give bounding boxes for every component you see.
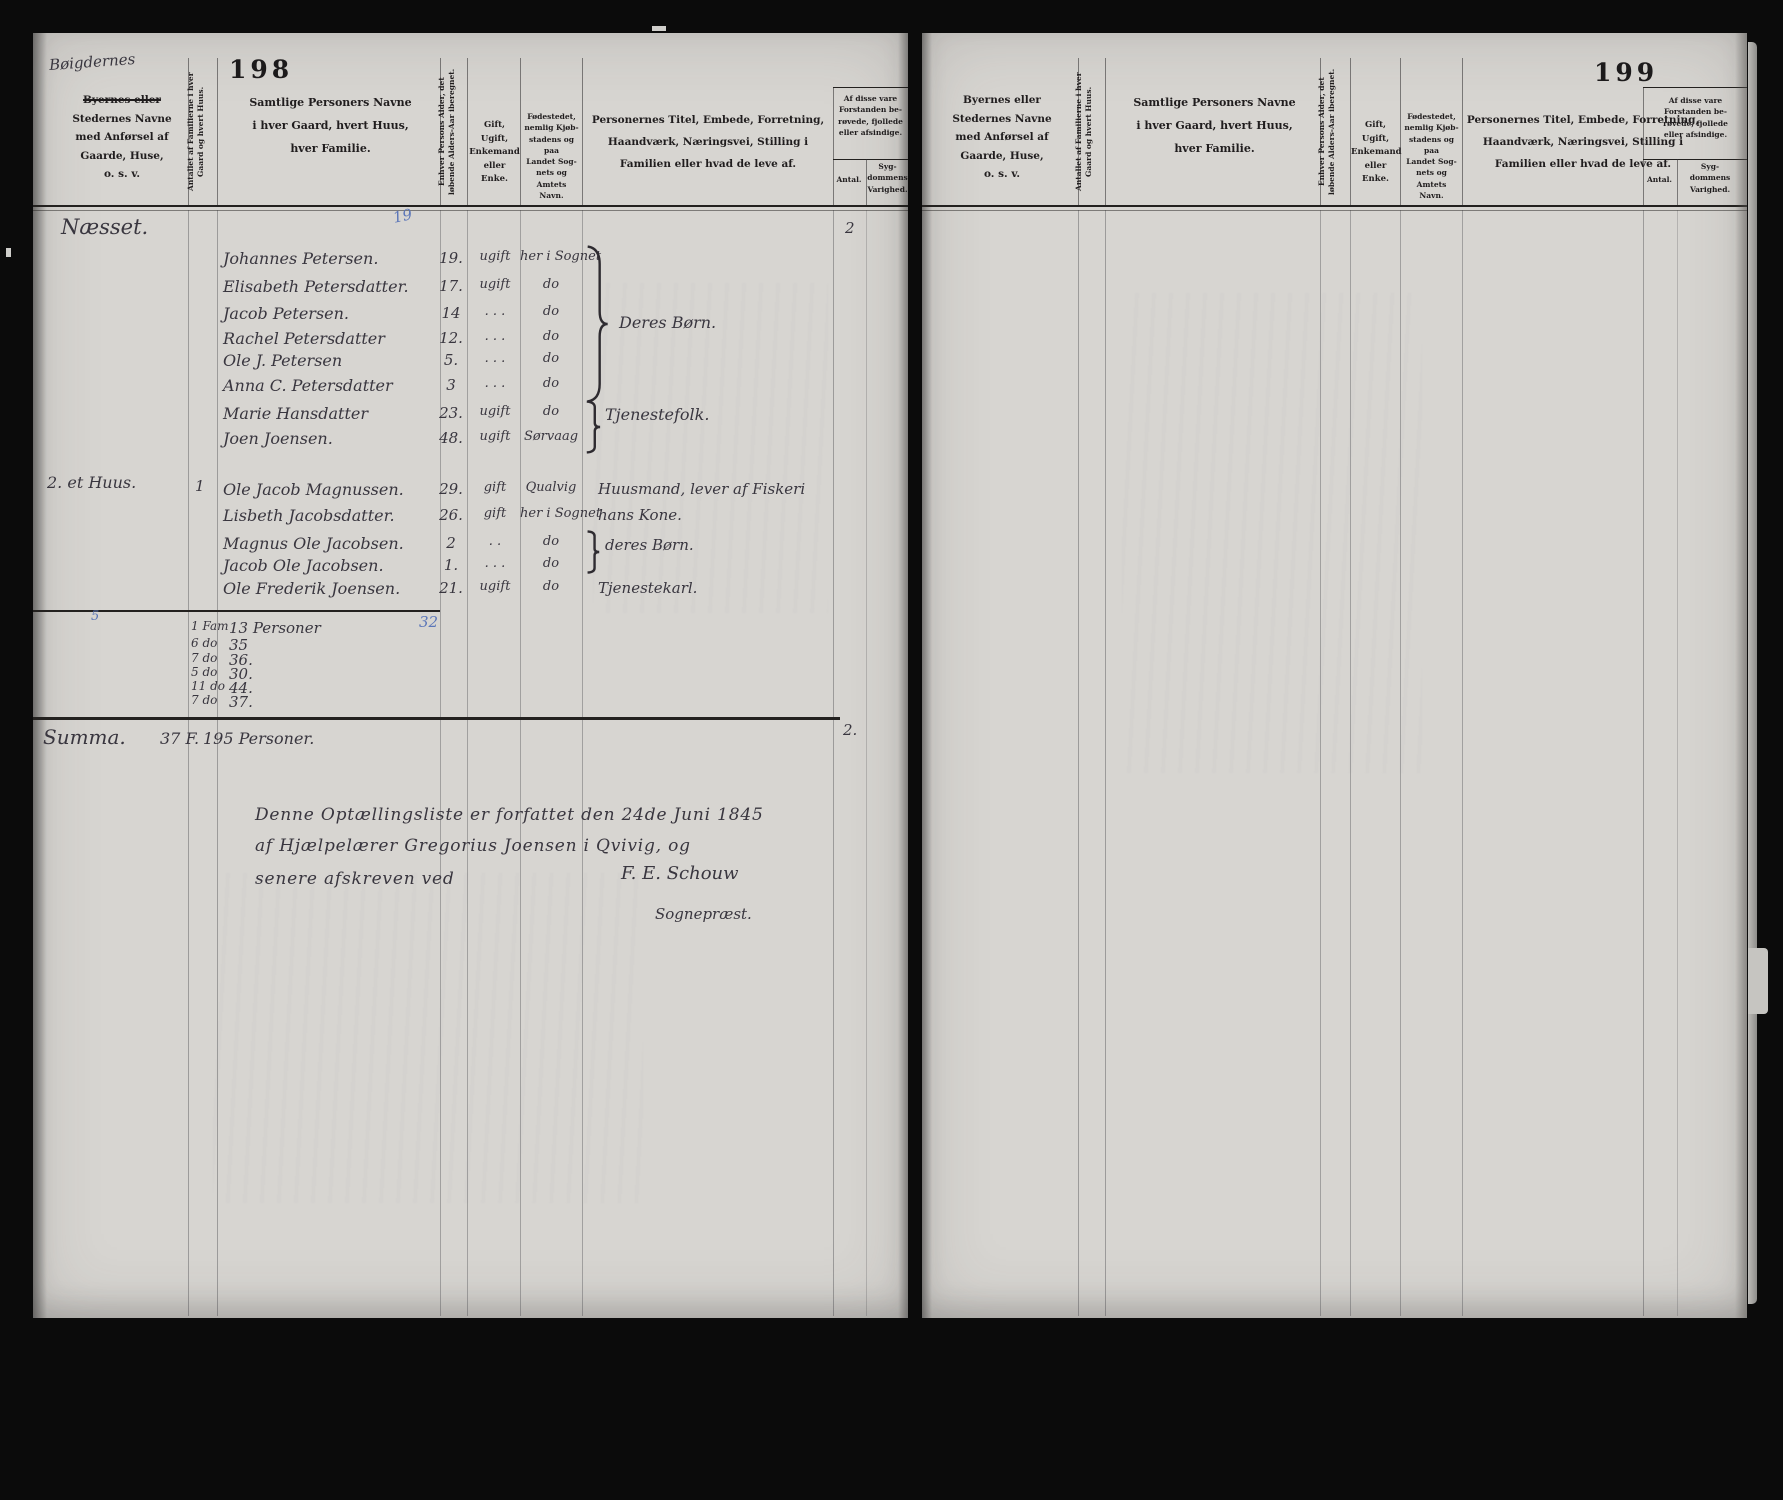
- column-header-birthplace: Fødestedet, nemlig Kjøb- stadens og paa …: [1401, 111, 1462, 201]
- person-name: Ole Frederik Joensen.: [223, 579, 400, 598]
- header-underline: [33, 205, 908, 207]
- brace-children2-group: [586, 531, 600, 573]
- person-birthplace: do: [520, 277, 582, 292]
- header-rule: [467, 58, 468, 205]
- certification-line2: af Hjælpelærer Gregorius Joensen i Qvivi…: [255, 836, 691, 856]
- header-rule: [1643, 87, 1644, 205]
- person-name: Joen Joensen.: [223, 429, 333, 448]
- person-status: . . .: [470, 351, 520, 366]
- census-row: Anna C. Petersdatter 3 . . . do: [33, 376, 908, 402]
- column-header-occupation: Personernes Titel, Embede, Forretning, H…: [585, 109, 831, 175]
- column-rule: [1350, 210, 1351, 1316]
- person-name: Elisabeth Petersdatter.: [223, 277, 409, 296]
- certification-line3: senere afskreven ved: [255, 869, 455, 889]
- person-age: 5.: [436, 351, 466, 369]
- column-header-place: Byernes eller Stedernes Navne med Anførs…: [936, 73, 1068, 202]
- census-row: Lisbeth Jacobsdatter. 26. gift her i Sog…: [33, 506, 908, 532]
- place-name-naesset: Næsset.: [61, 215, 148, 239]
- person-name: Jacob Petersen.: [223, 304, 349, 323]
- person-name: Ole Jacob Magnussen.: [223, 480, 404, 499]
- scanned-census-spread: { "colors": { "paper": "#d7d5d1", "ink":…: [0, 0, 1783, 1500]
- person-age: 26.: [436, 506, 466, 524]
- census-row: Ole J. Petersen 5. . . . do: [33, 351, 908, 377]
- place-header-struck-line: Byernes eller: [83, 94, 161, 106]
- census-row: Jacob Petersen. 14 . . . do: [33, 304, 908, 330]
- column-rule: [1677, 210, 1678, 1316]
- summary-families: 7 do: [191, 693, 217, 707]
- person-birthplace: do: [520, 304, 582, 319]
- header-rule: [833, 159, 908, 160]
- scan-speck: [652, 26, 666, 31]
- person-status: ugift: [470, 277, 520, 292]
- summary-families: 7 do: [191, 651, 217, 665]
- column-header-place: Byernes eller Stedernes Navne med Anførs…: [57, 73, 187, 202]
- person-age: 17.: [436, 277, 466, 295]
- header-rule: [1677, 159, 1678, 205]
- census-row: Ole Jacob Magnussen. 29. gift Qualvig Hu…: [33, 480, 908, 506]
- person-occupation: Huusmand, lever af Fiskeri: [598, 480, 805, 498]
- column-header-insanity: Af disse vare Forstanden be- røvede, fjo…: [1648, 95, 1743, 140]
- scan-speck: [6, 248, 11, 257]
- column-header-duration: Syg- dommens Varighed.: [1679, 161, 1741, 195]
- column-rule: [1320, 210, 1321, 1316]
- place-header-rest: Stedernes Navne med Anførsel af Gaarde, …: [57, 110, 187, 184]
- person-birthplace: Sørvaag: [520, 429, 582, 444]
- header-rule: [833, 87, 908, 88]
- person-age: 3: [436, 376, 466, 394]
- certification-signature-title: Sognepræst.: [655, 905, 752, 923]
- column-rule: [1105, 210, 1106, 1316]
- person-birthplace: her i Sognet: [520, 249, 582, 264]
- person-status: . . .: [470, 304, 520, 319]
- right-page: Byernes eller Stedernes Navne med Anførs…: [922, 33, 1747, 1318]
- column-rule: [1078, 210, 1079, 1316]
- header-underline-thin: [33, 210, 908, 211]
- column-header-birthplace: Fødestedet, nemlig Kjøb- stadens og paa …: [521, 111, 582, 201]
- person-birthplace: do: [520, 579, 582, 594]
- summary-families: 6 do: [191, 636, 217, 650]
- brace-children-group: [585, 245, 609, 403]
- census-row: Marie Hansdatter 23. ugift do: [33, 404, 908, 430]
- column-header-names: Samtlige Personers Navne i hver Gaard, h…: [223, 91, 438, 160]
- person-status: ugift: [470, 579, 520, 594]
- brace-servants-group: [585, 401, 601, 453]
- page-number-left: 198: [229, 55, 293, 84]
- summary-persons: 37.: [229, 693, 253, 711]
- person-birthplace: her i Sognet: [520, 506, 582, 521]
- header-rule: [1462, 58, 1463, 205]
- person-status: . . .: [470, 329, 520, 344]
- header-underline-thin: [922, 210, 1747, 211]
- header-underline: [922, 205, 1747, 207]
- person-status: . .: [470, 534, 520, 549]
- person-age: 2: [436, 534, 466, 552]
- column-header-duration: Syg- dommens Varighed.: [867, 161, 908, 195]
- column-rule: [1400, 210, 1401, 1316]
- person-name: Magnus Ole Jacobsen.: [223, 534, 404, 553]
- column-rule: [1643, 210, 1644, 1316]
- person-age: 23.: [436, 404, 466, 422]
- group-label-children2: deres Børn.: [605, 536, 694, 554]
- person-status: ugift: [470, 429, 520, 444]
- census-row: Ole Frederik Joensen. 21. ugift do Tjene…: [33, 579, 908, 605]
- person-age: 1.: [436, 556, 466, 574]
- column-header-status: Gift, Ugift, Enkemand eller Enke.: [469, 119, 520, 187]
- page-edge-notch: [1748, 948, 1768, 1014]
- person-name: Jacob Ole Jacobsen.: [223, 556, 384, 575]
- person-age: 19.: [436, 249, 466, 267]
- column-header-status: Gift, Ugift, Enkemand eller Enke.: [1351, 119, 1400, 187]
- person-birthplace: do: [520, 534, 582, 549]
- person-status: . . .: [470, 376, 520, 391]
- summa-label: Summa.: [43, 725, 126, 749]
- census-row: Elisabeth Petersdatter. 17. ugift do: [33, 277, 908, 303]
- person-status: ugift: [470, 404, 520, 419]
- person-birthplace: Qualvig: [520, 480, 582, 495]
- summary-row: 1 Fam 13 Personer: [33, 619, 433, 635]
- person-occupation: hans Kone.: [598, 506, 682, 524]
- column-header-families: Antallet af Familierne i hver Gaard og h…: [1074, 61, 1106, 203]
- person-name: Marie Hansdatter: [223, 404, 368, 423]
- column-header-antal: Antal.: [832, 175, 866, 184]
- summa-persons-total: 195 Personer.: [203, 729, 314, 748]
- page-number-right: 199: [1594, 58, 1658, 87]
- summary-row: 6 do 35: [33, 636, 433, 652]
- summary-persons: 13 Personer: [229, 619, 321, 637]
- group-label-servants: Tjenestefolk.: [605, 405, 709, 424]
- person-name: Lisbeth Jacobsdatter.: [223, 506, 395, 525]
- header-rule: [1105, 58, 1106, 205]
- person-name: Ole J. Petersen: [223, 351, 342, 370]
- person-age: 48.: [436, 429, 466, 447]
- person-birthplace: do: [520, 556, 582, 571]
- place-header-rest: Stedernes Navne med Anførsel af Gaarde, …: [936, 110, 1068, 184]
- person-status: . . .: [470, 556, 520, 571]
- column-header-age: Enhver Persons Alder, det løbende Alders…: [437, 61, 469, 203]
- person-status: gift: [470, 480, 520, 495]
- person-age: 21.: [436, 579, 466, 597]
- left-page: Bøigdernes Byernes eller Stedernes Navne…: [33, 33, 908, 1318]
- summary-families: 1 Fam: [191, 619, 229, 633]
- census-row: Joen Joensen. 48. ugift Sørvaag: [33, 429, 908, 455]
- person-occupation: Tjenestekarl.: [598, 579, 697, 597]
- antal-mark-top: 2: [845, 219, 855, 237]
- census-row: Johannes Petersen. 19. ugift her i Sogne…: [33, 249, 908, 275]
- person-birthplace: do: [520, 404, 582, 419]
- place-header-line1: Byernes eller: [963, 94, 1041, 106]
- page-edge-curl: [1748, 42, 1757, 1304]
- certification-line1: Denne Optællingsliste er forfattet den 2…: [255, 805, 764, 825]
- person-birthplace: do: [520, 329, 582, 344]
- person-age: 12.: [436, 329, 466, 347]
- header-rule: [217, 58, 218, 205]
- group-label-children1: Deres Børn.: [619, 313, 716, 332]
- summa-families-total: 37 F.: [160, 729, 199, 748]
- person-birthplace: do: [520, 351, 582, 366]
- person-status: ugift: [470, 249, 520, 264]
- blue-annotation-19: 19: [391, 205, 413, 227]
- header-rule: [1643, 159, 1747, 160]
- person-name: Johannes Petersen.: [223, 249, 378, 268]
- summa-divider: [33, 717, 840, 720]
- antal-mark-summa: 2.: [843, 721, 857, 739]
- column-rule: [1462, 210, 1463, 1316]
- column-header-insanity: Af disse vare Forstanden be- røvede, fjo…: [834, 93, 907, 138]
- column-header-antal: Antal.: [1642, 175, 1677, 184]
- header-rule: [582, 58, 583, 205]
- summary-families: 5 do: [191, 665, 217, 679]
- bleedthrough-texture: [1122, 293, 1422, 773]
- column-header-families: Antallet af Familierne i hver Gaard og h…: [186, 61, 218, 203]
- certification-signature: F. E. Schouw: [621, 863, 739, 884]
- summary-row: 7 do 37.: [33, 693, 433, 709]
- summary-families: 11 do: [191, 679, 225, 693]
- column-header-names: Samtlige Personers Navne i hver Gaard, h…: [1112, 91, 1317, 160]
- person-status: gift: [470, 506, 520, 521]
- place-header-correction: Bøigdernes: [48, 50, 135, 74]
- person-age: 29.: [436, 480, 466, 498]
- header-rule: [1643, 87, 1747, 88]
- bleedthrough-texture: [213, 873, 643, 1203]
- person-age: 14: [436, 304, 466, 322]
- person-name: Anna C. Petersdatter: [223, 376, 393, 395]
- person-birthplace: do: [520, 376, 582, 391]
- column-header-age: Enhver Persons Alder, det løbende Alders…: [1317, 61, 1349, 203]
- person-name: Rachel Petersdatter: [223, 329, 385, 348]
